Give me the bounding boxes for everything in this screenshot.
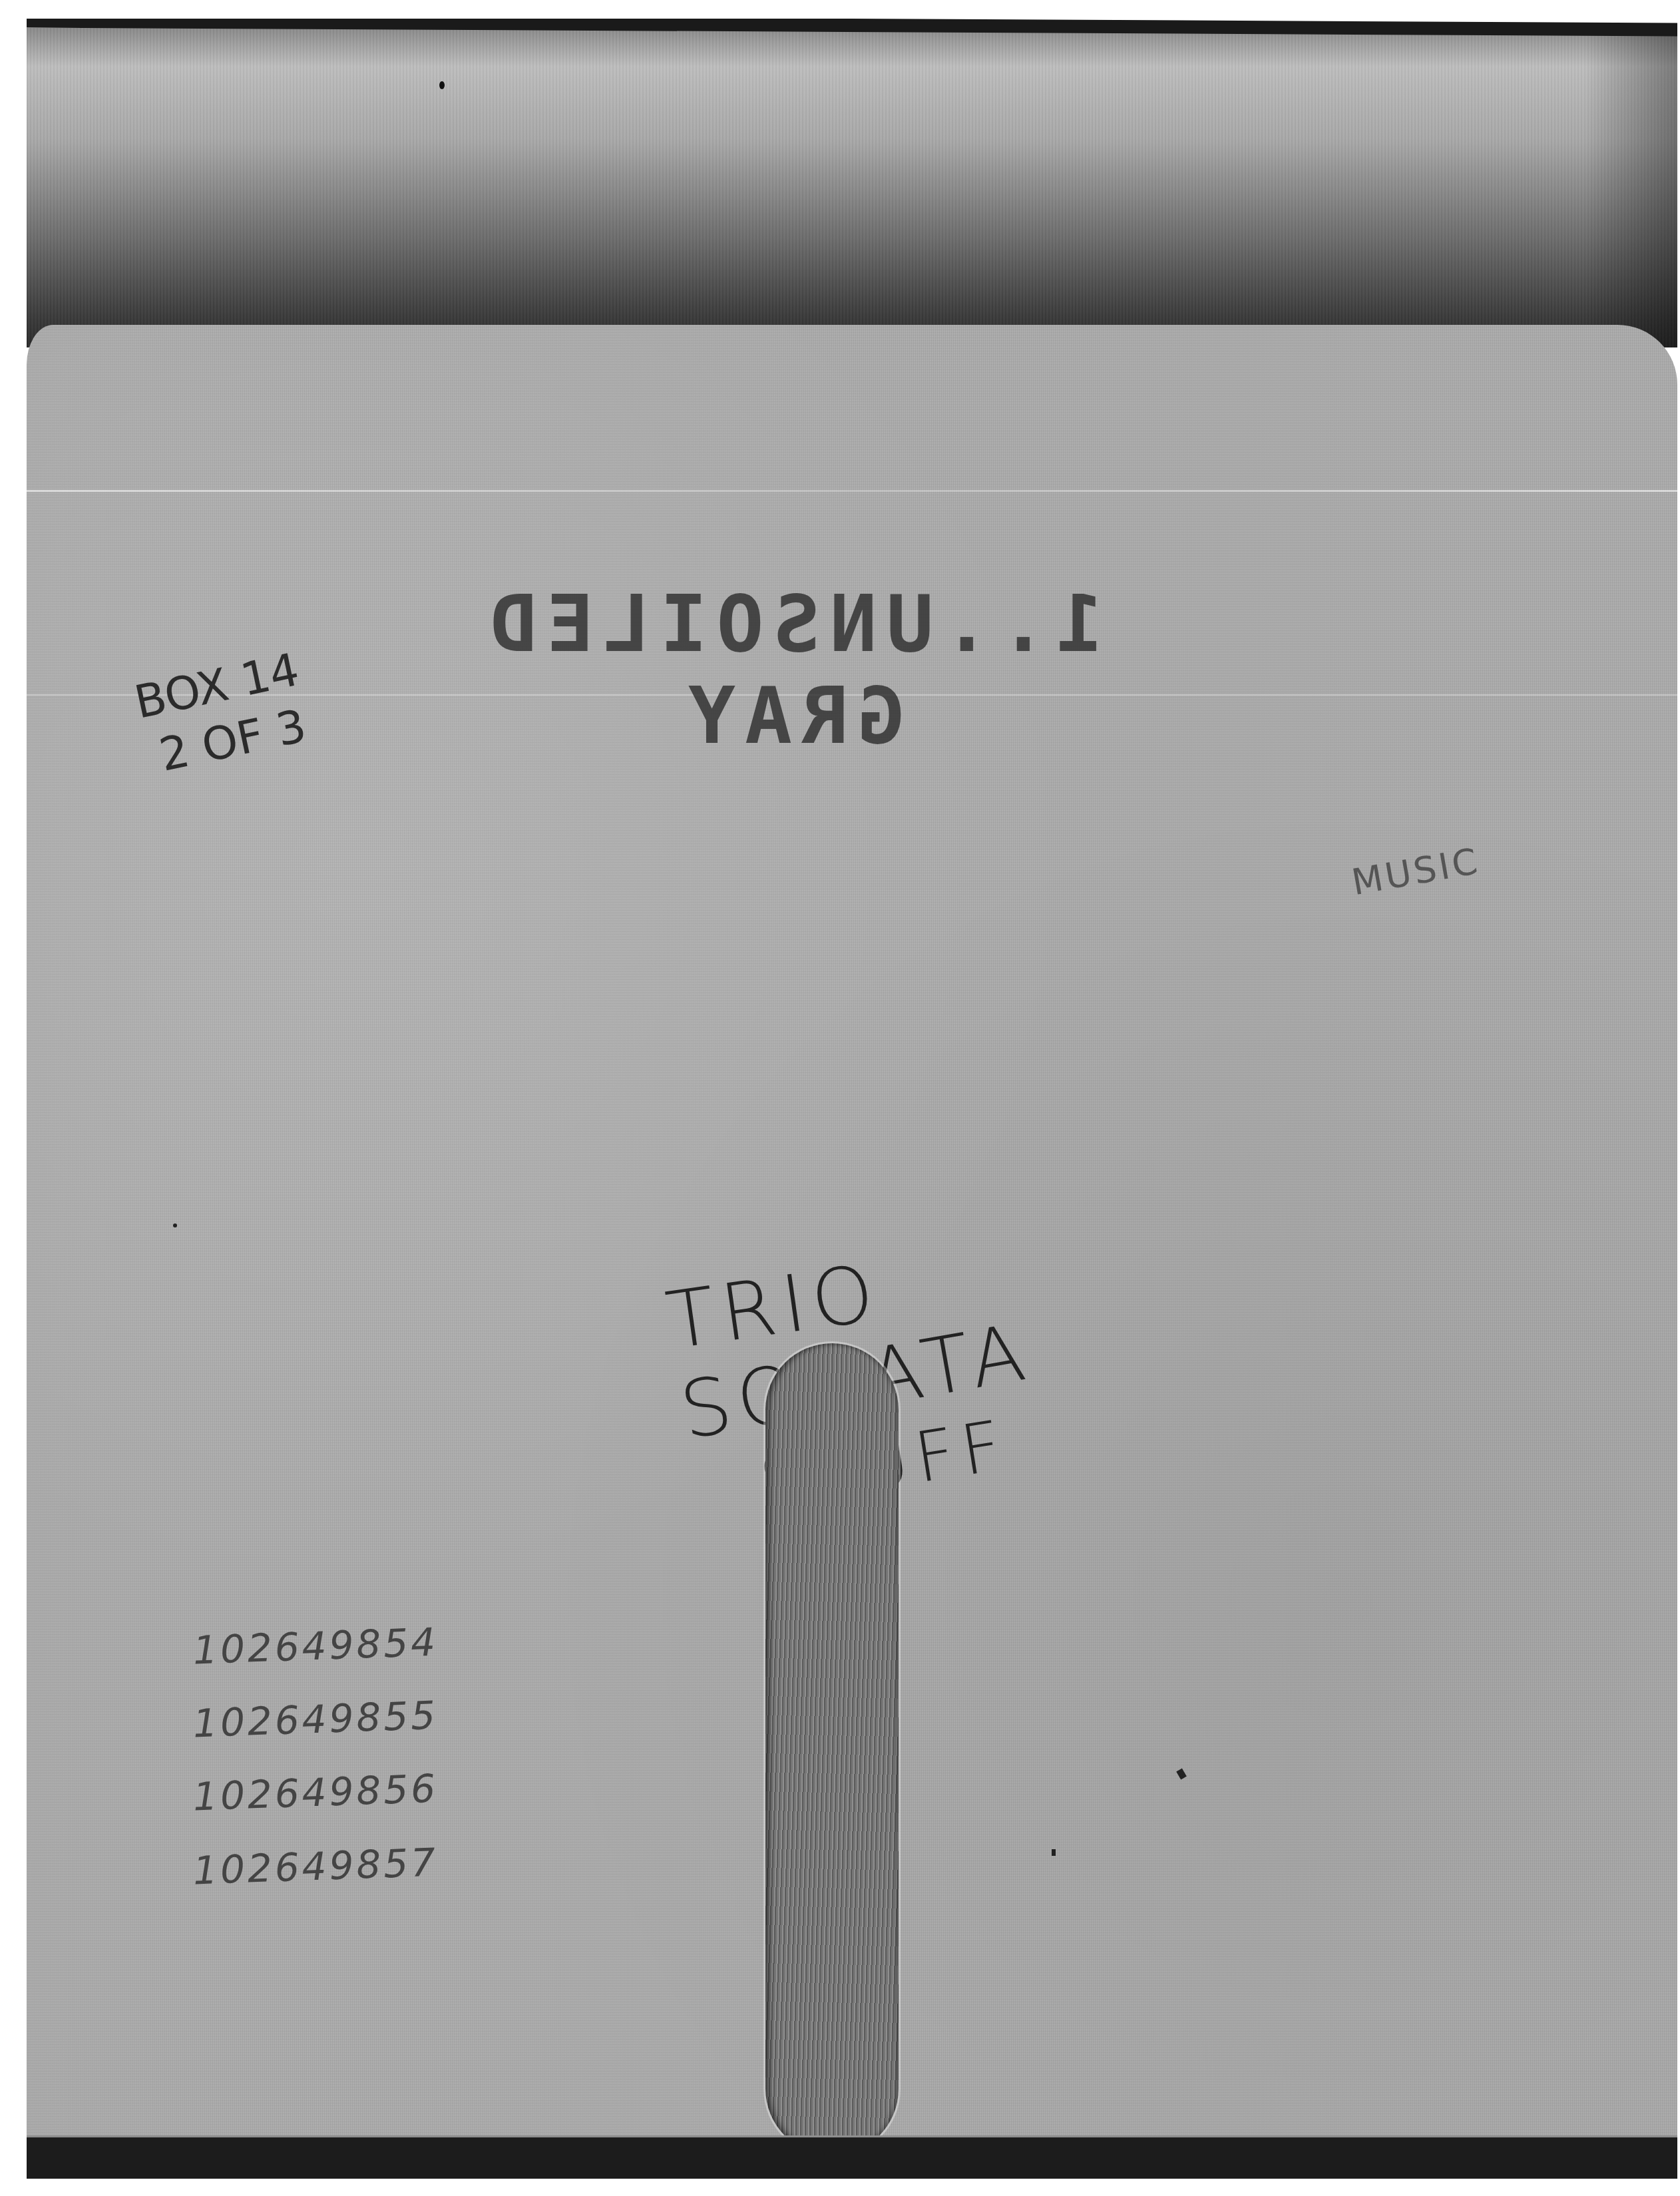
box-number-note: BOX 14 2 OF 3 bbox=[130, 642, 315, 787]
id-number: 102649857 bbox=[192, 1825, 439, 1907]
dust-speck bbox=[439, 81, 445, 89]
scanned-page: 1..UNSOILED GRAY BOX 14 2 OF 3 MUSIC TRI… bbox=[27, 19, 1677, 2179]
ink-mark bbox=[173, 1223, 177, 1227]
ink-mark bbox=[1176, 1768, 1187, 1779]
id-number: 102649854 bbox=[192, 1606, 439, 1687]
id-number: 102649855 bbox=[192, 1679, 439, 1761]
manila-folder: 1..UNSOILED GRAY BOX 14 2 OF 3 MUSIC TRI… bbox=[27, 325, 1677, 2149]
ink-mark bbox=[1052, 1849, 1056, 1856]
mirrored-stamp-label: 1..UNSOILED GRAY bbox=[359, 578, 1225, 762]
scanner-background bbox=[27, 28, 1677, 347]
bottom-scan-band bbox=[27, 2135, 1677, 2179]
id-number-list: 102649854 102649855 102649856 102649857 bbox=[193, 1610, 438, 1903]
folder-window-cutout bbox=[765, 1343, 899, 2155]
category-note: MUSIC bbox=[1349, 840, 1483, 904]
fold-crease-upper bbox=[27, 490, 1677, 492]
id-number: 102649856 bbox=[192, 1752, 439, 1834]
